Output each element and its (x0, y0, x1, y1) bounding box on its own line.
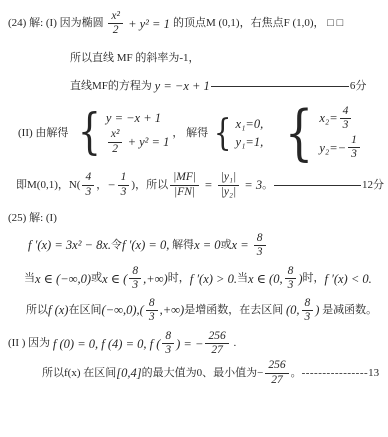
text-run: 。 (291, 366, 302, 381)
text-run: 当 (237, 271, 248, 286)
math-run: + y² = 1 (125, 16, 173, 32)
fraction-denominator: 3 (118, 186, 130, 199)
fraction-numerator: 8 (254, 232, 266, 246)
fraction-numerator: 1 (348, 134, 360, 148)
text-run: 即M(0,1)，N( (16, 178, 80, 193)
fraction-denominator: 3 (348, 148, 360, 161)
fraction-numerator: 1 (118, 171, 130, 185)
fraction-numerator: x² (108, 128, 123, 142)
text-run: 解得 (169, 238, 194, 253)
text-run: . (231, 336, 237, 351)
text-run: 令 (111, 238, 122, 253)
math-run: y = −x + 1 (155, 78, 210, 94)
text-run: 在区间 (68, 303, 101, 318)
left-brace-icon: { (78, 112, 101, 153)
math-run: x₁=0, (236, 116, 264, 132)
solution-line: (25) 解: (I) (8, 211, 384, 226)
solution-line: (II ) 因为 f (0) = 0, f (4) = 0, f (83) = … (8, 330, 384, 357)
math-run: f ′(x) > 0. (190, 271, 237, 287)
text-run: 所以直线 MF 的斜率为-1， (70, 51, 200, 66)
fraction-numerator: |y₁| (218, 171, 239, 185)
fraction-numerator: x² (108, 10, 123, 24)
math-run: f (0) = 0, f (4) = 0, f ( (53, 336, 160, 352)
fraction: 83 (302, 297, 314, 324)
fraction: |y₁||y₂| (218, 171, 239, 198)
fraction: x²2 (108, 10, 123, 37)
fraction-numerator: 8 (129, 265, 141, 279)
solution-line: (24) 解: (I) 因为椭圆 x²2 + y² = 1 的顶点M (0,1)… (8, 10, 384, 37)
fraction-denominator: 3 (82, 186, 94, 199)
solution-line: 所以f(x) 在区间[0,4]的最大值为0、最小值为−25627。-------… (42, 359, 384, 386)
fraction-denominator: 3 (129, 279, 141, 292)
math-run: − (107, 177, 115, 193)
text-run: 所以 (26, 303, 48, 318)
fraction-denominator: 3 (254, 246, 266, 259)
text-run: )，所以 (131, 178, 168, 193)
fraction-denominator: 27 (208, 344, 226, 357)
solution-line: 所以f (x)在区间(−∞,0),(83,+∞)是增函数，在去区间 (0,83)… (26, 297, 384, 324)
fraction-denominator: 27 (268, 374, 286, 387)
text-run: (II) 由解得 (18, 126, 71, 141)
text-run: 的最大值为0、最小值为− (142, 366, 264, 381)
math-run: x ∈ ( (102, 271, 127, 287)
math-run: f ′(x) = 3x² − 8x. (28, 237, 111, 253)
fraction: 83 (146, 297, 158, 324)
system-rows: y = −x + 1x²2 + y² = 1 (106, 110, 169, 156)
left-brace-icon: { (285, 108, 314, 159)
system-row: y₂=−13 (319, 134, 362, 161)
solution-line: 直线MF的方程为 y = −x + 16分 (70, 78, 384, 94)
math-run: y₁=1, (236, 134, 264, 150)
fraction-denominator: 2 (110, 24, 122, 37)
system-row: x₂=43 (319, 105, 353, 132)
text-run: 时， (303, 271, 325, 286)
math-run: + y² = 1 (124, 134, 169, 150)
text-run: 或 (91, 271, 102, 286)
text-run: 13 分 (368, 366, 388, 381)
solution-line: 所以直线 MF 的斜率为-1， (70, 51, 384, 66)
fraction-denominator: 2 (109, 143, 121, 156)
fraction-numerator: 256 (205, 330, 228, 344)
fraction: 83 (254, 232, 266, 259)
solution-line: (II) 由解得 {y = −x + 1x²2 + y² = 1， 解得{x₁=… (18, 105, 384, 162)
text-run: 或 (221, 238, 232, 253)
math-run: f (x) (48, 302, 68, 318)
math-run: [0,4] (116, 365, 141, 381)
math-run: x ∈ (−∞,0) (35, 271, 91, 287)
fraction: 83 (285, 265, 297, 292)
fraction-numerator: |MF| (170, 171, 199, 185)
score-rule-line (274, 185, 361, 186)
fraction-denominator: 3 (340, 119, 352, 132)
fraction: |MF||FN| (170, 171, 199, 198)
text-run: (24) 解: (I) 因为椭圆 (8, 16, 106, 31)
fraction: 25627 (205, 330, 228, 357)
fraction-denominator: |y₂| (218, 186, 239, 199)
math-run: f ′(x) < 0. (325, 271, 372, 287)
fraction-denominator: 3 (285, 279, 297, 292)
text-run: ， (96, 178, 107, 193)
math-run: x₂= (319, 110, 337, 126)
text-run: 6分 (350, 79, 367, 94)
math-run: f ′(x) = 0, (122, 237, 169, 253)
math-run: ,+∞) (160, 302, 185, 318)
fraction-denominator: 3 (162, 344, 174, 357)
text-run: 是增函数，在去区间 (184, 303, 286, 318)
fraction: x²2 (108, 128, 123, 155)
math-run: ) = − (176, 336, 203, 352)
system-row: y₁=1, (236, 134, 264, 150)
text-run: 直线MF的方程为 (70, 79, 155, 94)
text-run: 12分 (362, 178, 384, 193)
fraction-numerator: 8 (162, 330, 174, 344)
text-run: 。 (262, 178, 273, 193)
fraction-numerator: 8 (146, 297, 158, 311)
text-run: 是减函数。 (319, 303, 377, 318)
math-run: y = −x + 1 (106, 110, 161, 126)
fraction-numerator: 256 (265, 359, 288, 373)
fraction-denominator: 3 (146, 311, 158, 324)
left-brace-icon: { (214, 117, 232, 148)
fraction-numerator: 8 (302, 297, 314, 311)
solution-line: f ′(x) = 3x² − 8x.令f ′(x) = 0, 解得x = 0或x… (28, 232, 384, 259)
fraction: 13 (348, 134, 360, 161)
equation-system: {x₁=0,y₁=1, (211, 116, 263, 151)
math-run: = 3 (241, 177, 262, 193)
text-run: 当 (24, 271, 35, 286)
text-run: 所以f(x) 在区间 (42, 366, 116, 381)
fraction-denominator: |FN| (171, 186, 198, 199)
text-run: 时， (168, 271, 190, 286)
text-run: 的顶点M (0,1)，右焦点F (1,0)， □ □ (173, 16, 343, 31)
fraction-numerator: 4 (340, 105, 352, 119)
fraction: 25627 (265, 359, 288, 386)
fraction-denominator: 3 (302, 311, 314, 324)
solution-line: 当x ∈ (−∞,0)或x ∈ (83,+∞)时，f ′(x) > 0.当x ∈… (24, 265, 384, 292)
math-run: x = (232, 237, 252, 253)
math-run: = (201, 177, 216, 193)
text-run (266, 126, 277, 141)
fraction: 43 (340, 105, 352, 132)
math-run: ,+∞) (143, 271, 168, 287)
math-run: y₂=− (319, 140, 346, 156)
math-run: x = 0 (194, 237, 220, 253)
system-rows: x₁=0,y₁=1, (236, 116, 264, 151)
fraction: 43 (82, 171, 94, 198)
math-solution-document: (24) 解: (I) 因为椭圆 x²2 + y² = 1 的顶点M (0,1)… (0, 0, 388, 387)
system-row: x²2 + y² = 1 (106, 128, 169, 155)
text-run: ， 解得 (172, 126, 208, 141)
dotted-score-rule: ---------------- (302, 366, 369, 381)
math-run: (0, (286, 302, 300, 318)
solution-line: 即M(0,1)，N(43，−13)，所以|MF||FN| = |y₁||y₂| … (16, 171, 384, 198)
system-row: x₁=0, (236, 116, 264, 132)
system-rows: x₂=43y₂=−13 (319, 105, 362, 162)
system-row: y = −x + 1 (106, 110, 161, 126)
fraction-numerator: 4 (82, 171, 94, 185)
fraction: 83 (162, 330, 174, 357)
equation-system: {x₂=43y₂=−13 (280, 105, 362, 162)
text-run: (25) 解: (I) (8, 211, 57, 226)
equation-system: {y = −x + 1x²2 + y² = 1 (74, 110, 169, 156)
fraction: 13 (118, 171, 130, 198)
fraction-numerator: 8 (285, 265, 297, 279)
math-run: x ∈ (0, (248, 271, 283, 287)
score-rule-line (211, 86, 349, 87)
fraction: 83 (129, 265, 141, 292)
text-run: (II ) 因为 (8, 336, 53, 351)
math-run: (−∞,0),( (101, 302, 143, 318)
